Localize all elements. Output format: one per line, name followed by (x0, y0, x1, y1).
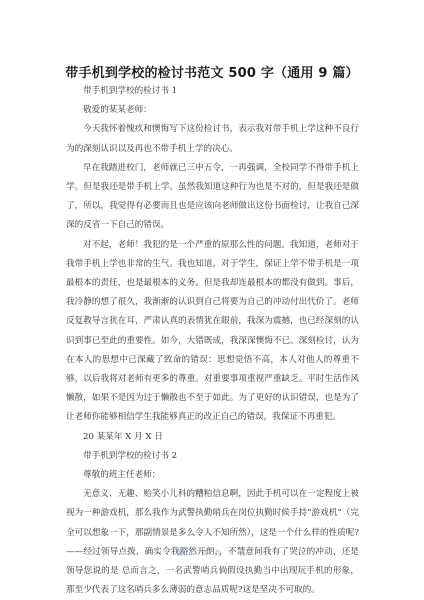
paragraph: 无意义、无趣、贻笑小儿科的糟粕信息啊，因此手机可以在一定程度上被视为一种游戏机，… (66, 485, 359, 600)
letter-heading-1: 带手机到学校的检讨书 1 (66, 82, 359, 101)
document-body: 带手机到学校的检讨书 1 敬爱的某某老师： 今天我怀着愧疚和懊悔写下这份检讨书，… (66, 82, 359, 600)
salutation-2: 尊敬的班主任老师： (66, 466, 359, 485)
document-title: 带手机到学校的检讨书范文 500 字（通用 9 篇） (0, 62, 424, 81)
document-page: 带手机到学校的检讨书范文 500 字（通用 9 篇） 带手机到学校的检讨书 1 … (0, 0, 424, 600)
letter-heading-2: 带手机到学校的检讨书 2 (66, 447, 359, 466)
paragraph: 对不起，老师！我犯的是一个严重的原那么性的问题。我知道，老师对于我带手机上学也非… (66, 236, 359, 428)
date-line: 20 某某年 X 月 X 日 (66, 428, 359, 447)
salutation-1: 敬爱的某某老师： (66, 101, 359, 120)
paragraph: 早在我踏进校门，老师就已三申五令，一再强调，全校同学不得带手机上学。但是我还是带… (66, 159, 359, 236)
page-indicator: 第 1 页 共 7 页 (0, 548, 424, 557)
paragraph: 今天我怀着愧疚和懊悔写下这份检讨书，表示我对带手机上学这种不良行为的深刻认识以及… (66, 120, 359, 158)
